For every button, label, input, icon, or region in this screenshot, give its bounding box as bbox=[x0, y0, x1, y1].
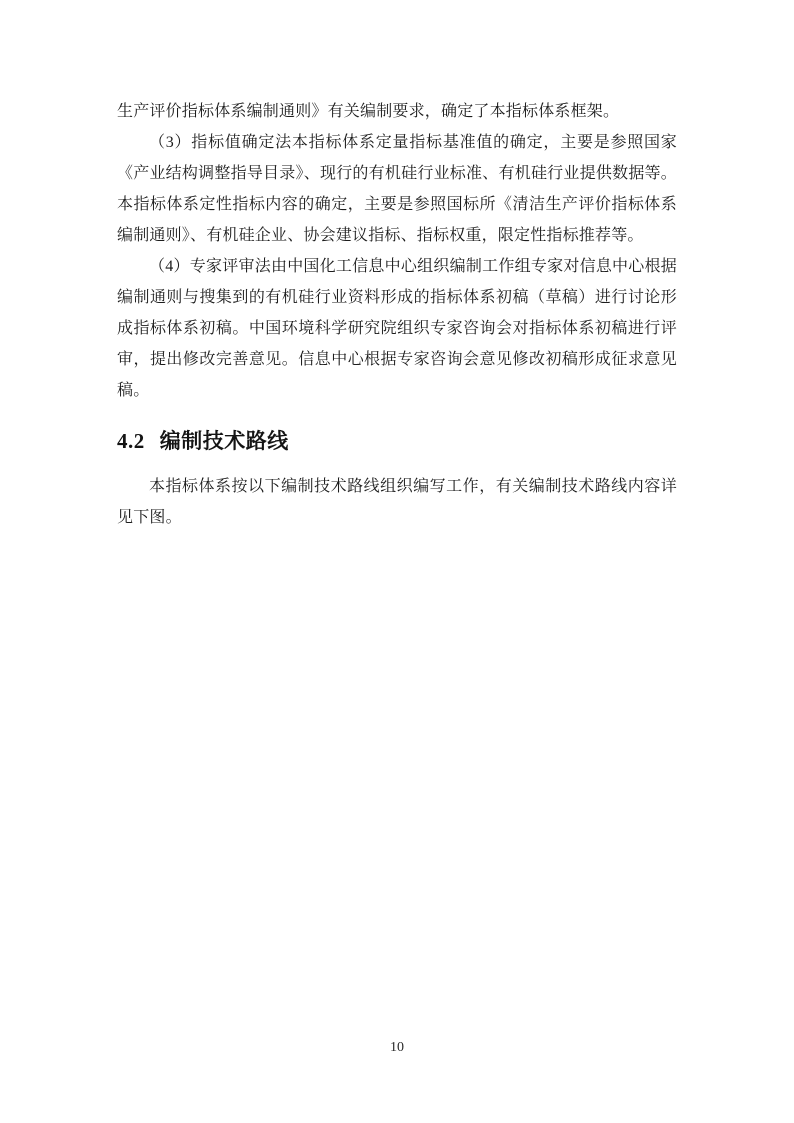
paragraph-continuation: 生产评价指标体系编制通则》有关编制要求，确定了本指标体系框架。 bbox=[117, 96, 677, 127]
section-heading: 4.2编制技术路线 bbox=[117, 425, 677, 458]
paragraph-item-3: （3）指标值确定法本指标体系定量指标基准值的确定，主要是参照国家《产业结构调整指… bbox=[117, 127, 677, 251]
page-content: 生产评价指标体系编制通则》有关编制要求，确定了本指标体系框架。 （3）指标值确定… bbox=[117, 96, 677, 533]
page-footer: 10 bbox=[0, 1038, 794, 1058]
paragraph-item-4: （4）专家评审法由中国化工信息中心组织编制工作组专家对信息中心根据编制通则与搜集… bbox=[117, 251, 677, 406]
page-number: 10 bbox=[390, 1040, 404, 1055]
paragraph-section-intro: 本指标体系按以下编制技术路线组织编写工作，有关编制技术路线内容详见下图。 bbox=[117, 471, 677, 533]
section-heading-number: 4.2 bbox=[117, 429, 145, 453]
section-heading-title: 编制技术路线 bbox=[160, 430, 289, 453]
document-page: 生产评价指标体系编制通则》有关编制要求，确定了本指标体系框架。 （3）指标值确定… bbox=[0, 0, 794, 1123]
